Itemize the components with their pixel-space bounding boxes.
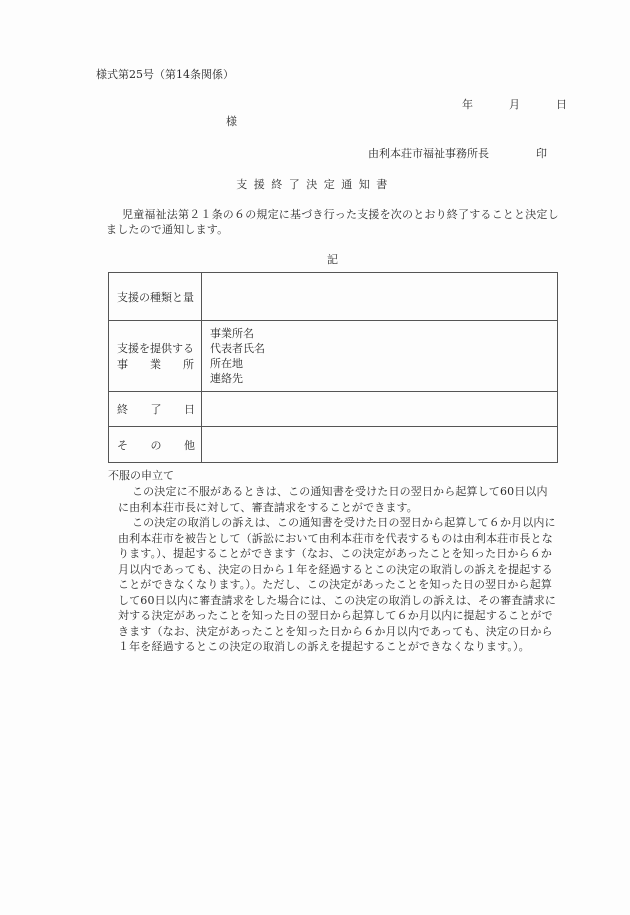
appeal-paragraph-review: この決定に不服があるときは、この通知書を受けた日の翌日から起算して60日以内に由… — [108, 484, 558, 515]
sender-name: 由利本荘市福祉事務所長 — [368, 147, 489, 161]
appeal-section: 不服の申立て この決定に不服があるときは、この通知書を受けた日の翌日から起算して… — [108, 469, 558, 655]
label-char: の — [151, 437, 162, 453]
document-title: 支援終了決定通知書 — [0, 178, 630, 192]
seal-mark: 印 — [536, 147, 547, 161]
addressee-suffix: 様 — [226, 115, 237, 129]
value-support-type — [202, 273, 558, 321]
table-row-other: そ の 他 — [109, 427, 558, 463]
label-provider-line-1: 支援を提供する — [117, 340, 195, 356]
table-row-end-date: 終 了 日 — [109, 392, 558, 427]
label-char: そ — [117, 437, 128, 453]
date-day: 日 — [556, 98, 567, 112]
label-char: 了 — [151, 401, 162, 417]
value-provider: 事業所名 代表者氏名 所在地 連絡先 — [202, 321, 558, 392]
appeal-paragraph-lawsuit: この決定の取消しの訴えは、この通知書を受けた日の翌日から起算して６か月以内に由利… — [108, 515, 558, 655]
table-row-support-type: 支援の種類と量 — [109, 273, 558, 321]
provider-address-label: 所在地 — [210, 356, 549, 371]
label-provider: 支援を提供する 事 業 所 — [109, 321, 202, 392]
info-table: 支援の種類と量 支援を提供する 事 業 所 事業所名 代表者氏名 所在地 連絡先… — [108, 272, 558, 463]
ki-heading: 記 — [0, 253, 630, 267]
provider-contact-label: 連絡先 — [210, 371, 549, 386]
table-row-provider: 支援を提供する 事 業 所 事業所名 代表者氏名 所在地 連絡先 — [109, 321, 558, 392]
label-char: 終 — [117, 401, 128, 417]
document-page: 様式第25号（第14条関係） 年月日 様 由利本荘市福祉事務所長 印 支援終了決… — [0, 0, 630, 915]
label-end-date: 終 了 日 — [109, 392, 202, 427]
value-other — [202, 427, 558, 463]
label-provider-line-2: 事 業 所 — [117, 356, 195, 372]
provider-name-label: 事業所名 — [210, 326, 549, 341]
intro-paragraph: 児童福祉法第２１条の６の規定に基づき行った支援を次のとおり終了することと決定しま… — [106, 207, 566, 237]
date-month: 月 — [509, 98, 520, 112]
date-year: 年 — [462, 98, 473, 112]
label-other: そ の 他 — [109, 427, 202, 463]
label-char: 他 — [184, 437, 195, 453]
date-line: 年月日 — [462, 98, 567, 112]
value-end-date — [202, 392, 558, 427]
appeal-heading: 不服の申立て — [108, 469, 558, 483]
form-number: 様式第25号（第14条関係） — [96, 68, 234, 82]
label-char: 日 — [184, 401, 195, 417]
provider-representative-label: 代表者氏名 — [210, 341, 549, 356]
label-support-type: 支援の種類と量 — [109, 273, 202, 321]
